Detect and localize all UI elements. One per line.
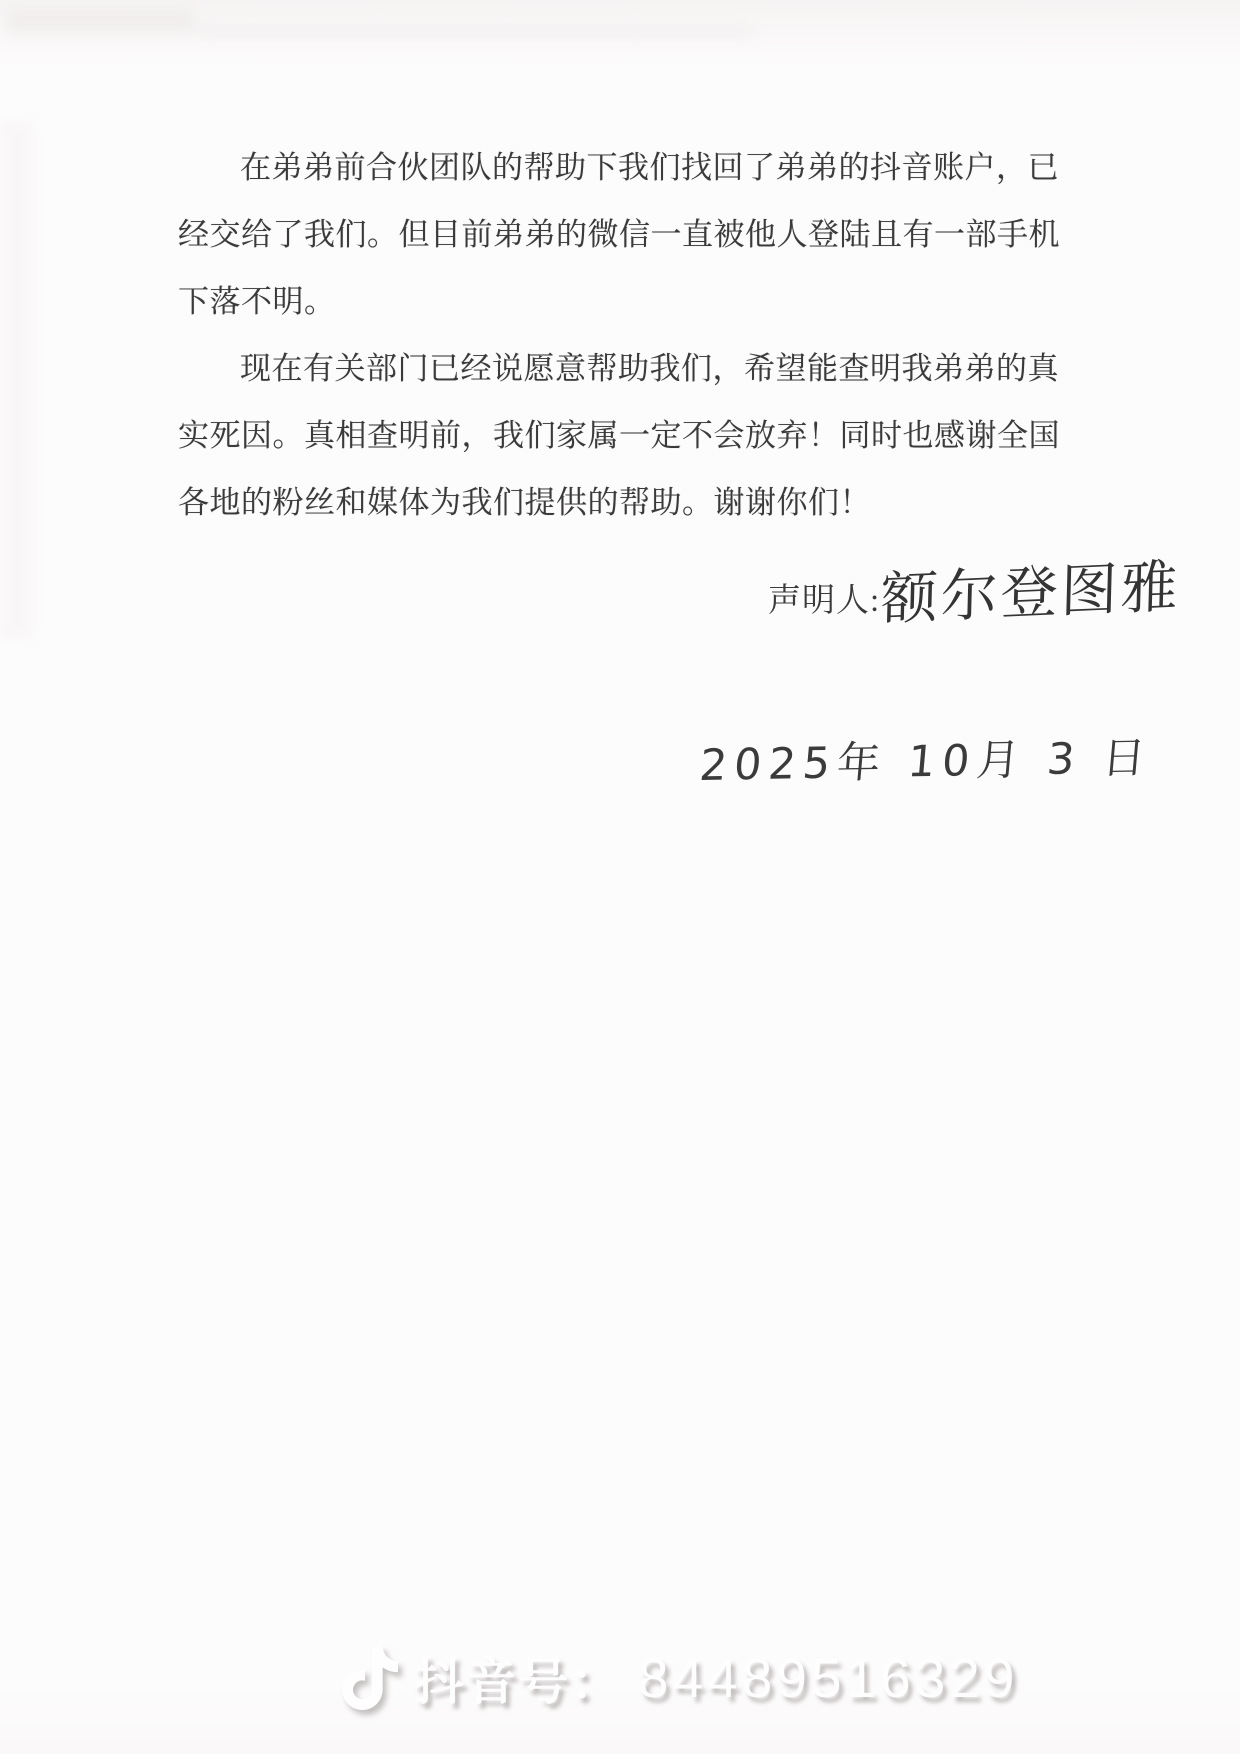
statement-line: 实死因。真相查明前，我们家属一定不会放弃！同时也感谢全国 — [178, 402, 1064, 469]
document-page: 在弟弟前合伙团队的帮助下我们找回了弟弟的抖音账户，已 经交给了我们。但目前弟弟的… — [0, 0, 1240, 1754]
declarant-label: 声明人: — [768, 574, 880, 631]
tiktok-note-icon — [342, 1646, 398, 1710]
statement-line: 经交给了我们。但目前弟弟的微信一直被他人登陆且有一部手机 — [178, 201, 1064, 268]
douyin-watermark: 抖音号： 84489516329 — [342, 1642, 1018, 1714]
scan-smudge — [6, 8, 196, 34]
signature-row: 声明人: 额尔登图雅 — [768, 572, 1180, 631]
statement-line: 在弟弟前合伙团队的帮助下我们找回了弟弟的抖音账户，已 — [178, 134, 1064, 201]
scan-smudge — [0, 120, 34, 640]
watermark-label: 抖音号： — [414, 1642, 622, 1714]
statement-line: 下落不明。 — [178, 268, 1064, 335]
statement-body: 在弟弟前合伙团队的帮助下我们找回了弟弟的抖音账户，已 经交给了我们。但目前弟弟的… — [178, 134, 1064, 536]
date-handwriting: 2025年 10月 3 日 — [697, 724, 1155, 793]
scan-smudge — [195, 26, 755, 38]
statement-line: 各地的粉丝和媒体为我们提供的帮助。谢谢你们！ — [178, 469, 1064, 536]
statement-line: 现在有关部门已经说愿意帮助我们，希望能查明我弟弟的真 — [178, 335, 1064, 402]
watermark-number: 84489516329 — [638, 1646, 1018, 1710]
signature-handwriting: 额尔登图雅 — [880, 559, 1181, 631]
